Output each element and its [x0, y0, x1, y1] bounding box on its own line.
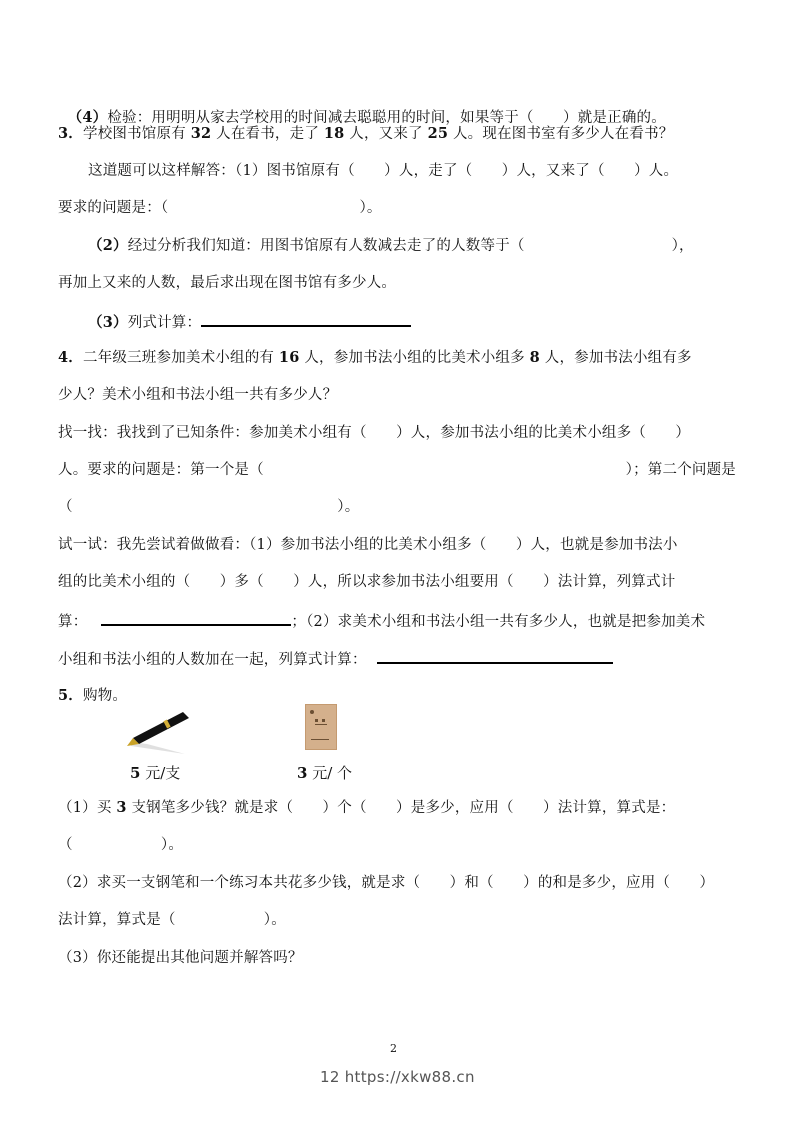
question-number: 5．	[58, 687, 83, 704]
q4-find-line3: （ ）。	[58, 497, 359, 517]
fountain-pen-icon	[125, 706, 195, 754]
text: （1）买	[58, 800, 116, 816]
number: 18	[324, 125, 345, 142]
q4-find-line1: 找一找：我找到了已知条件：参加美术小组有（ ）人，参加书法小组的比美术小组多（ …	[58, 423, 690, 443]
q3-line1: 这道题可以这样解答：（1）图书馆原有（ ）人，走了（ ）人，又来了（ ）人。	[88, 161, 678, 181]
page-number: 2	[390, 1042, 397, 1055]
text: 人。要求的问题是：第一个是（	[58, 460, 264, 480]
text: 小组和书法小组的人数加在一起，列算式计算：	[58, 652, 367, 668]
q3-part2: （2）经过分析我们知道：用图书馆原有人数减去走了的人数等于（ ），	[88, 236, 694, 256]
number: 25	[428, 125, 449, 142]
exercise-book-icon	[305, 704, 337, 750]
pen-price: 5 元/支	[130, 762, 180, 783]
watermark-link[interactable]: 12 https://xkw88.cn	[320, 1068, 475, 1086]
text: ；（2）求美术小组和书法小组一共有多少人，也就是把参加美术	[291, 614, 705, 630]
q5-part2: （2）求买一支钢笔和一个练习本共花多少钱，就是求（ ）和（ ）的和是多少，应用（…	[58, 873, 714, 893]
part-text: 经过分析我们知道：用图书馆原有人数减去走了的人数等于（ ），	[128, 238, 694, 254]
q4-try-line2: 组的比美术小组的（ ）多（ ）人，所以求参加书法小组要用（ ）法计算，列算式计	[58, 572, 675, 592]
text: 支钢笔多少钱？就是求（ ）个（ ）是多少，应用（ ）法计算，算式是：	[127, 800, 676, 816]
stem-text: 人在看书，走了	[211, 126, 324, 142]
q5-part1-cont: （ ）。	[58, 835, 183, 855]
text: ）；第二个问题是	[626, 460, 736, 480]
stem-text: 人，参加书法小组有多	[540, 350, 692, 366]
question-number: 4．	[58, 349, 83, 366]
price-number: 5	[130, 764, 140, 782]
price-unit: 元/支	[140, 764, 180, 782]
q5-part3: （3）你还能提出其他问题并解答吗？	[58, 948, 303, 968]
title-text: 购物。	[83, 688, 127, 704]
question-4-stem: 4．二年级三班参加美术小组的有 16 人，参加书法小组的比美术小组多 8 人，参…	[58, 348, 692, 368]
question-5-title: 5．购物。	[58, 686, 127, 706]
part-text: 列式计算：	[128, 315, 202, 331]
number: 8	[530, 349, 540, 366]
q4-try-line4: 小组和书法小组的人数加在一起，列算式计算：	[58, 648, 613, 670]
number: 32	[191, 125, 212, 142]
q3-part3: （3）列式计算：	[88, 311, 411, 333]
q5-part2-cont: 法计算，算式是（ ）。	[58, 910, 286, 930]
q3-line2: 要求的问题是：（ ）。	[58, 198, 382, 218]
answer-blank[interactable]	[101, 610, 291, 626]
q4-try-line1: 试一试：我先尝试着做做看：（1）参加书法小组的比美术小组多（ ）人，也就是参加书…	[58, 535, 678, 555]
stem-text: 学校图书馆原有	[83, 126, 191, 142]
part-label: （3）	[88, 314, 128, 331]
q4-try-line3: 算：；（2）求美术小组和书法小组一共有多少人，也就是把参加美术	[58, 610, 705, 632]
text: 算：	[58, 614, 87, 630]
q4-stem-line2: 少人？美术小组和书法小组一共有多少人？	[58, 385, 337, 405]
question-number: 3．	[58, 125, 83, 142]
price-unit: 元/ 个	[307, 764, 352, 782]
number: 3	[116, 799, 126, 816]
question-3-stem: 3．学校图书馆原有 32 人在看书，走了 18 人，又来了 25 人。现在图书室…	[58, 124, 673, 144]
price-number: 3	[297, 764, 307, 782]
stem-text: 二年级三班参加美术小组的有	[83, 350, 279, 366]
stem-text: 人。现在图书室有多少人在看书？	[448, 126, 673, 142]
stem-text: 人，又来了	[344, 126, 427, 142]
book-price: 3 元/ 个	[297, 762, 352, 783]
q3-part2-cont: 再加上又来的人数，最后求出现在图书馆有多少人。	[58, 273, 396, 293]
answer-blank[interactable]	[377, 648, 613, 664]
answer-blank[interactable]	[201, 311, 411, 327]
q4-find-line2: 人。要求的问题是：第一个是（）；第二个问题是	[58, 460, 736, 480]
prev-item-4: （4）检验：用明明从家去学校用的时间减去聪聪用的时间，如果等于（ ）就是正确的。	[58, 88, 666, 128]
stem-text: 人，参加书法小组的比美术小组多	[300, 350, 530, 366]
part-label: （2）	[88, 237, 128, 254]
number: 16	[279, 349, 300, 366]
q5-part1: （1）买 3 支钢笔多少钱？就是求（ ）个（ ）是多少，应用（ ）法计算，算式是…	[58, 798, 675, 818]
